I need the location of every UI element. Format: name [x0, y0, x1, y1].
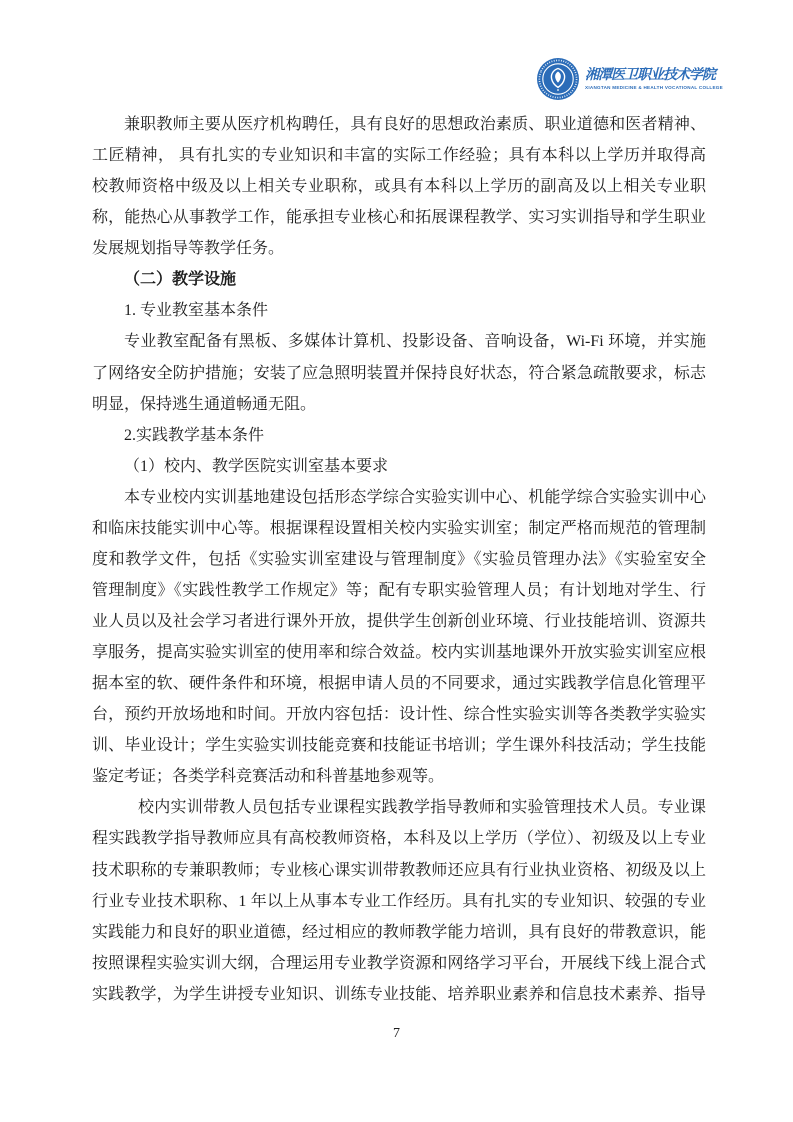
text-line: 业人员以及社会学习者进行课外开放，提供学生创新创业环境、行业技能培训、资源共 — [92, 606, 706, 637]
college-seal-icon — [536, 57, 580, 101]
text-line: 行业专业技术职称、1 年以上从事本专业工作经历。具有扎实的专业知识、较强的专业 — [92, 886, 706, 917]
text-line: 专业教室配备有黑板、多媒体计算机、投影设备、音响设备，Wi-Fi 环境，并实施 — [92, 326, 706, 357]
text-line: 台，预约开放场地和时间。开放内容包括：设计性、综合性实验实训等各类教学实验实 — [92, 699, 706, 730]
text-line: 校内实训带教人员包括专业课程实践教学指导教师和实验管理技术人员。专业课 — [92, 792, 706, 823]
text-line: 工匠精神， 具有扎实的专业知识和丰富的实际工作经验；具有本科以上学历并取得高 — [92, 140, 706, 171]
college-name-en: XIANGTAN MEDICINE & HEALTH VOCATIONAL CO… — [585, 85, 723, 91]
text-line: 发展规划指导等教学任务。 — [92, 233, 706, 264]
text-line: 度和教学文件，包括《实验实训室建设与管理制度》《实验员管理办法》《实验室安全 — [92, 544, 706, 575]
text-line: 鉴定考证；各类学科竞赛活动和科普基地参观等。 — [92, 761, 706, 792]
college-logo: 湘潭医卫职业技术学院 XIANGTAN MEDICINE & HEALTH VO… — [536, 57, 708, 101]
text-line: 1. 专业教室基本条件 — [92, 295, 706, 326]
text-line: 技术职称的专兼职教师；专业核心课实训带教教师还应具有行业执业资格、初级及以上 — [92, 855, 706, 886]
text-line: 本专业校内实训基地建设包括形态学综合实验实训中心、机能学综合实验实训中心 — [92, 482, 706, 513]
text-line: 称，能热心从事教学工作，能承担专业核心和拓展课程教学、实习实训指导和学生职业 — [92, 202, 706, 233]
text-line: 校教师资格中级及以上相关专业职称，或具有本科以上学历的副高及以上相关专业职 — [92, 171, 706, 202]
page-number: 7 — [0, 1024, 793, 1044]
text-line: 明显，保持逃生通道畅通无阻。 — [92, 389, 706, 420]
text-line: 享服务，提高实验实训室的使用率和综合效益。校内实训基地课外开放实验实训室应根 — [92, 637, 706, 668]
text-line: 据本室的软、硬件条件和环境，根据申请人员的不同要求，通过实践教学信息化管理平 — [92, 668, 706, 699]
text-line: 和临床技能实训中心等。根据课程设置相关校内实验实训室；制定严格而规范的管理制 — [92, 513, 706, 544]
text-line: （二）教学设施 — [92, 264, 706, 295]
text-line: 按照课程实验实训大纲，合理运用专业教学资源和网络学习平台，开展线下线上混合式 — [92, 948, 706, 979]
text-line: 兼职教师主要从医疗机构聘任，具有良好的思想政治素质、职业道德和医者精神、 — [92, 109, 706, 140]
text-line: 实践能力和良好的职业道德，经过相应的教师教学能力培训，具有良好的带教意识，能 — [92, 917, 706, 948]
text-line: 实践教学，为学生讲授专业知识、训练专业技能、培养职业素养和信息技术素养、指导 — [92, 979, 706, 1010]
college-name-block: 湘潭医卫职业技术学院 XIANGTAN MEDICINE & HEALTH VO… — [585, 67, 723, 91]
document-body: 兼职教师主要从医疗机构聘任，具有良好的思想政治素质、职业道德和医者精神、工匠精神… — [92, 109, 706, 1010]
text-line: 训、毕业设计；学生实验实训技能竞赛和技能证书培训；学生课外科技活动；学生技能 — [92, 730, 706, 761]
text-line: 程实践教学指导教师应具有高校教师资格，本科及以上学历（学位）、初级及以上专业 — [92, 823, 706, 854]
college-name: 湘潭医卫职业技术学院 — [585, 67, 723, 84]
text-line: 了网络安全防护措施；安装了应急照明装置并保持良好状态，符合紧急疏散要求，标志 — [92, 358, 706, 389]
document-page: 湘潭医卫职业技术学院 XIANGTAN MEDICINE & HEALTH VO… — [0, 0, 793, 1122]
text-line: （1）校内、教学医院实训室基本要求 — [92, 451, 706, 482]
text-line: 管理制度》《实践性教学工作规定》等；配有专职实验管理人员；有计划地对学生、行 — [92, 575, 706, 606]
text-line: 2.实践教学基本条件 — [92, 420, 706, 451]
